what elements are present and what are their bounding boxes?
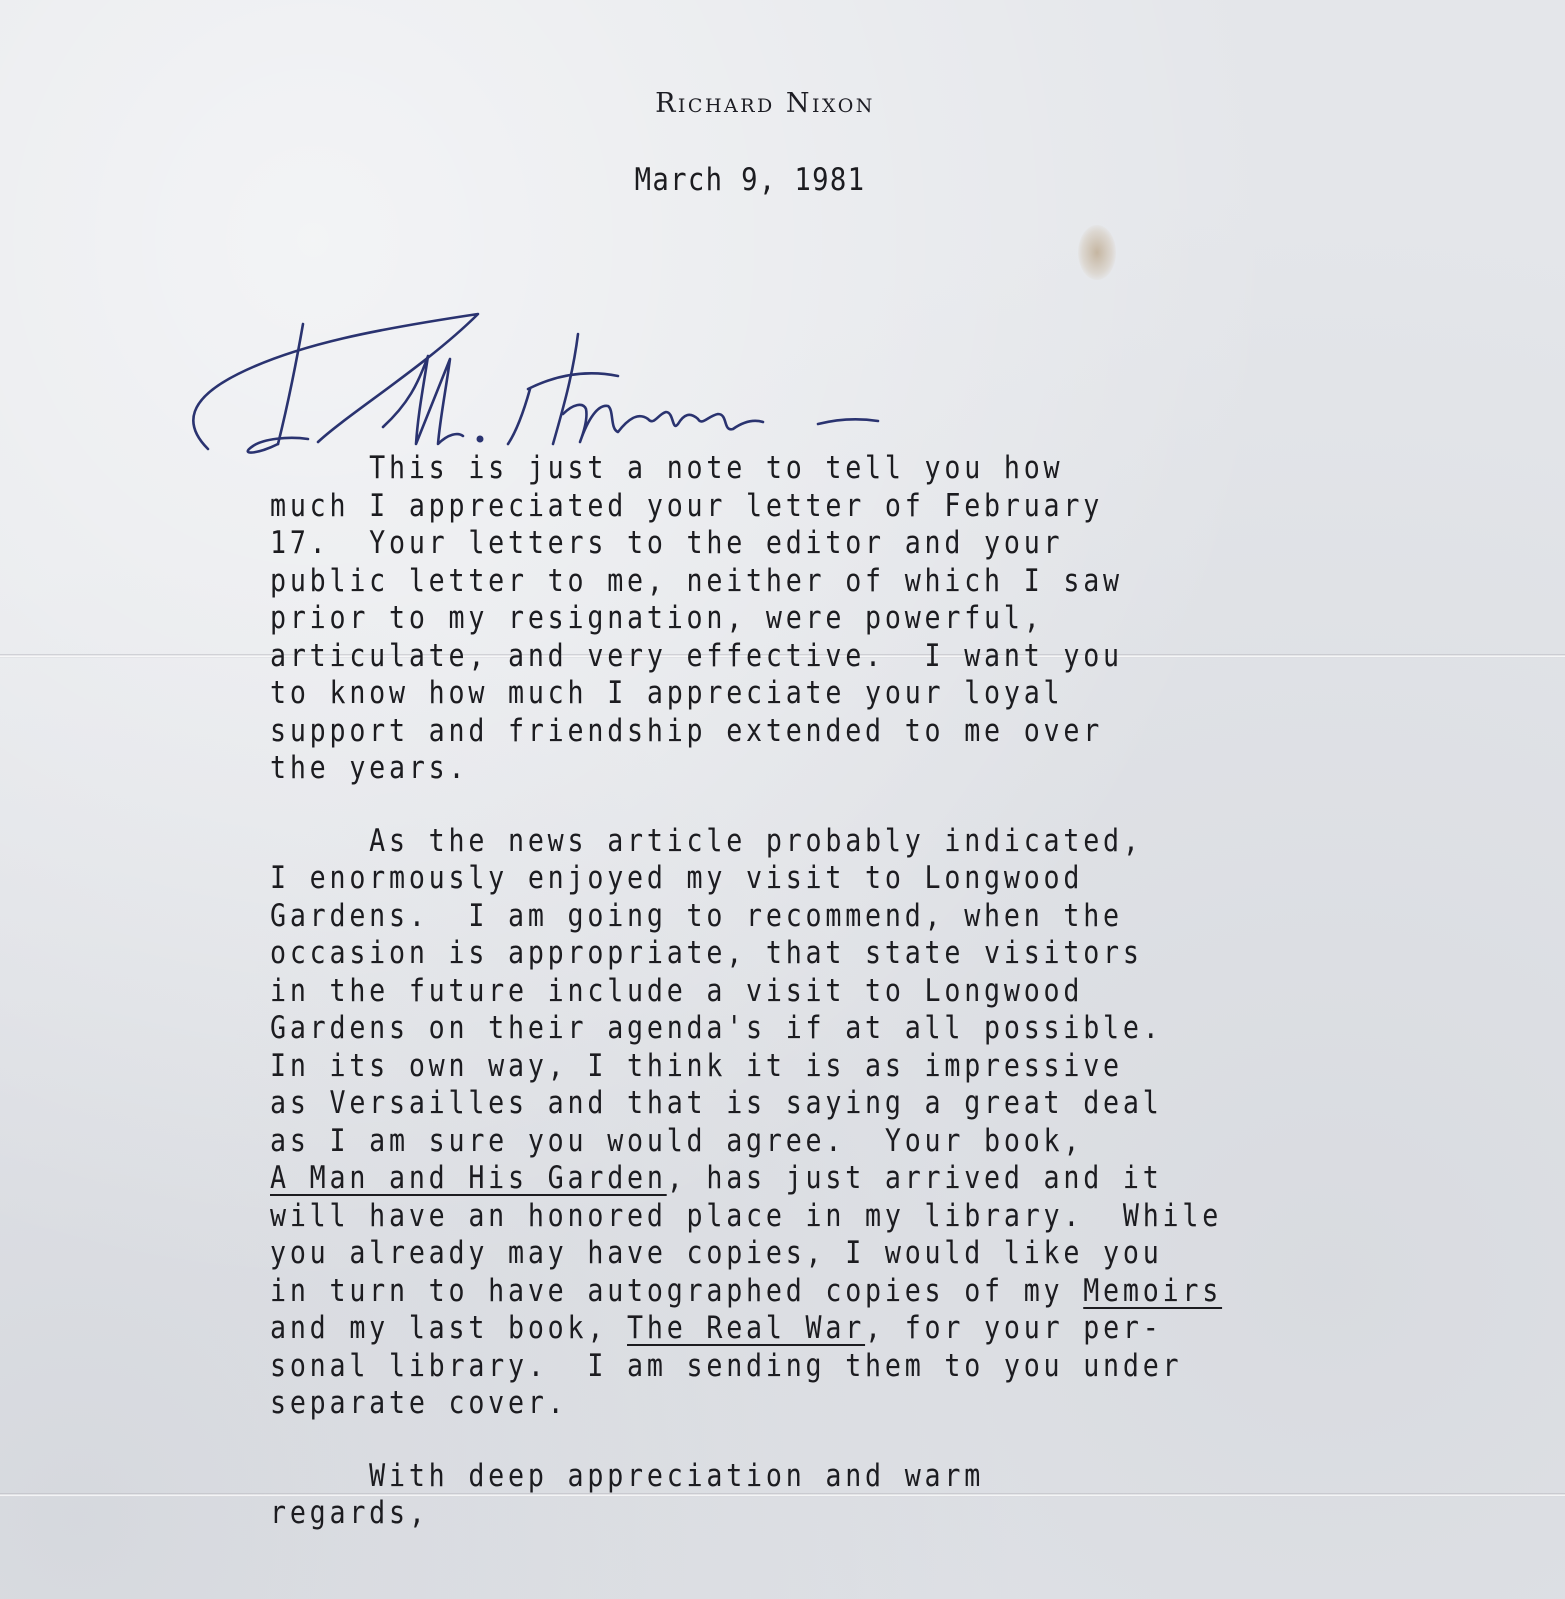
letter-line: sonal library. I am sending them to you …: [270, 1348, 1259, 1386]
letter-line: A Man and His Garden, has just arrived a…: [270, 1160, 1259, 1198]
letter-line: in the future include a visit to Longwoo…: [270, 973, 1259, 1011]
letter-line: As the news article probably indicated,: [270, 823, 1259, 861]
letter-line: Gardens on their agenda's if at all poss…: [270, 1010, 1259, 1048]
letter-line: With deep appreciation and warm: [270, 1458, 1259, 1496]
underlined-book-title: The Real War: [627, 1310, 865, 1346]
letter-line: to know how much I appreciate your loyal: [270, 675, 1259, 713]
letter-line: will have an honored place in my library…: [270, 1198, 1259, 1236]
letter-line: separate cover.: [270, 1385, 1259, 1423]
letter-line: In its own way, I think it is as impress…: [270, 1048, 1259, 1086]
letter-line: regards,: [270, 1495, 1259, 1533]
letter-line: the years.: [270, 750, 1259, 788]
letter-line: support and friendship extended to me ov…: [270, 713, 1259, 751]
letter-body: This is just a note to tell you howmuch …: [270, 450, 1420, 1533]
letter-line: articulate, and very effective. I want y…: [270, 638, 1259, 676]
letter-paragraph: As the news article probably indicated,I…: [270, 823, 1420, 1423]
letter-paragraph: This is just a note to tell you howmuch …: [270, 450, 1420, 788]
letterhead: Richard Nixon: [0, 88, 1530, 119]
letter-line: as Versailles and that is saying a great…: [270, 1085, 1259, 1123]
letter-line: as I am sure you would agree. Your book,: [270, 1123, 1259, 1161]
letter-line: in turn to have autographed copies of my…: [270, 1273, 1259, 1311]
signature-ink-icon: [178, 304, 1028, 464]
underlined-book-title: Memoirs: [1083, 1273, 1222, 1309]
letter-date: March 9, 1981: [90, 162, 1410, 198]
letter-line: you already may have copies, I would lik…: [270, 1235, 1259, 1273]
letter-line: much I appreciated your letter of Februa…: [270, 488, 1259, 526]
letter-paragraph: With deep appreciation and warmregards,: [270, 1458, 1420, 1533]
letter-line: Gardens. I am going to recommend, when t…: [270, 898, 1259, 936]
letter-line: I enormously enjoyed my visit to Longwoo…: [270, 860, 1259, 898]
letter-line: and my last book, The Real War, for your…: [270, 1310, 1259, 1348]
handwritten-salutation: [178, 304, 1028, 464]
letter-line: prior to my resignation, were powerful,: [270, 600, 1259, 638]
underlined-book-title: A Man and His Garden: [270, 1160, 667, 1196]
letter-line: public letter to me, neither of which I …: [270, 563, 1259, 601]
letter-line: occasion is appropriate, that state visi…: [270, 935, 1259, 973]
letter-line: 17. Your letters to the editor and your: [270, 525, 1259, 563]
paper-stain: [1078, 225, 1116, 280]
letter-line: This is just a note to tell you how: [270, 450, 1259, 488]
